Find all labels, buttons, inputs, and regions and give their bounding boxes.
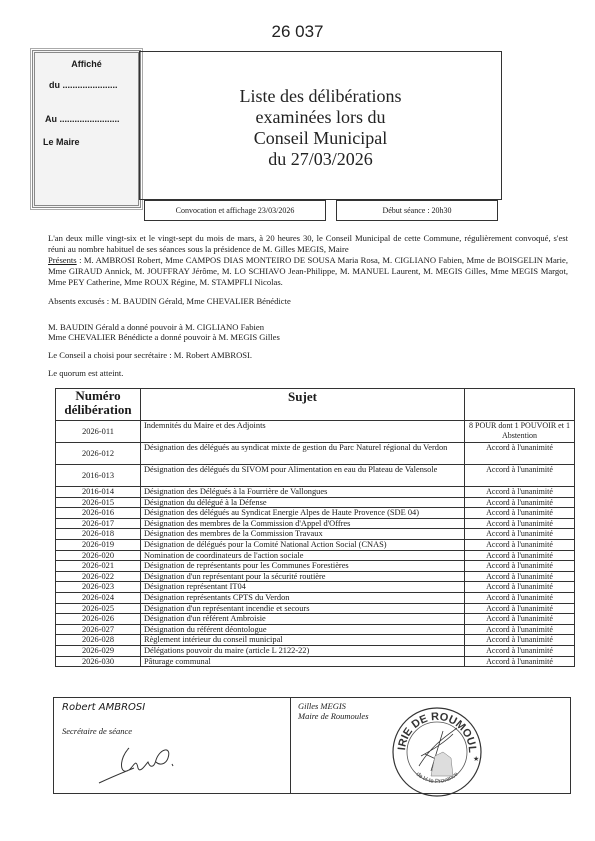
row-result: Accord à l'unanimité: [465, 539, 575, 550]
table-row: 2016-013Désignation des délégués du SIVO…: [56, 465, 575, 487]
row-number: 2026-027: [56, 624, 141, 635]
title-box: Liste des délibérations examinées lors d…: [139, 51, 502, 200]
table-row: 2026-029Délégations pouvoir du maire (ar…: [56, 645, 575, 656]
row-number: 2026-029: [56, 645, 141, 656]
title-line-3: Conseil Municipal: [140, 128, 501, 149]
row-subject: Désignation représentants CPTS du Verdon: [141, 592, 465, 603]
header-sujet: Sujet: [141, 389, 465, 421]
table-row: 2026-012Désignation des délégués au synd…: [56, 443, 575, 465]
secretary-handwritten-name: Robert AMBROSI: [62, 702, 145, 713]
row-number: 2026-025: [56, 603, 141, 614]
table-row: 2026-026Désignation d'un référent Ambroi…: [56, 614, 575, 625]
table-row: 2026-018Désignation des membres de la Co…: [56, 529, 575, 540]
table-row: 2026-019Désignation de délégués pour la …: [56, 539, 575, 550]
row-number: 2026-022: [56, 571, 141, 582]
mayor-role: Maire de Roumoules: [298, 711, 369, 721]
row-result: Accord à l'unanimité: [465, 508, 575, 519]
header-result: [465, 389, 575, 421]
row-subject: Désignation de délégués pour la Comité N…: [141, 539, 465, 550]
row-result: Accord à l'unanimité: [465, 603, 575, 614]
title-line-4: du 27/03/2026: [140, 149, 501, 170]
row-subject: Désignation des membres de la Commission…: [141, 518, 465, 529]
row-result: Accord à l'unanimité: [465, 550, 575, 561]
mayor-name: Gilles MEGIS: [298, 701, 346, 711]
intro-presents: Présents : M. AMBROSI Robert, Mme CAMPOS…: [48, 255, 568, 288]
row-result: Accord à l'unanimité: [465, 592, 575, 603]
quorum-line: Le quorum est atteint.: [48, 368, 123, 379]
row-number: 2026-026: [56, 614, 141, 625]
row-result: Accord à l'unanimité: [465, 487, 575, 498]
row-subject: Désignation représentant IT04: [141, 582, 465, 593]
row-result: Accord à l'unanimité: [465, 571, 575, 582]
presents-list: : M. AMBROSI Robert, Mme CAMPOS DIAS MON…: [48, 255, 568, 287]
row-subject: Désignation de représentants pour les Co…: [141, 561, 465, 572]
row-number: 2026-023: [56, 582, 141, 593]
table-header-row: Numéro délibération Sujet: [56, 389, 575, 421]
row-result: Accord à l'unanimité: [465, 561, 575, 572]
row-subject: Désignation des délégués au syndicat mix…: [141, 443, 465, 465]
affiche-maire: Le Maire: [43, 137, 80, 147]
table-row: 2026-020Nomination de coordinateurs de l…: [56, 550, 575, 561]
row-result: Accord à l'unanimité: [465, 465, 575, 487]
row-result: Accord à l'unanimité: [465, 645, 575, 656]
row-number: 2026-018: [56, 529, 141, 540]
convocation-box: Convocation et affichage 23/03/2026: [144, 200, 326, 221]
presents-label: Présents: [48, 255, 77, 265]
row-result: Accord à l'unanimité: [465, 582, 575, 593]
row-result: Accord à l'unanimité: [465, 497, 575, 508]
row-result: Accord à l'unanimité: [465, 656, 575, 667]
secretary-signature-icon: [94, 728, 194, 788]
affiche-title: Affiché: [35, 59, 138, 69]
debut-seance-box: Début séance : 20h30: [336, 200, 498, 221]
row-number: 2026-028: [56, 635, 141, 646]
document-number: 26 037: [0, 22, 595, 42]
row-subject: Désignation du délégué à la Défense: [141, 497, 465, 508]
row-result: Accord à l'unanimité: [465, 518, 575, 529]
header-numero: Numéro délibération: [56, 389, 141, 421]
table-row: 2026-016Désignation des délégués au Synd…: [56, 508, 575, 519]
intro-opening: L'an deux mille vingt-six et le vingt-se…: [48, 233, 568, 255]
row-result: Accord à l'unanimité: [465, 624, 575, 635]
title-line-1: Liste des délibérations: [140, 86, 501, 107]
affiche-box: Affiché du ...................... Au ...…: [32, 50, 141, 208]
pouvoir-line-2: Mme CHEVALIER Bénédicte a donné pouvoir …: [48, 332, 280, 343]
row-subject: Désignation d'un représentant pour la sé…: [141, 571, 465, 582]
row-result: Accord à l'unanimité: [465, 529, 575, 540]
secretaire-line: Le Conseil a choisi pour secrétaire : M.…: [48, 350, 252, 361]
row-subject: Désignation d'un référent Ambroisie: [141, 614, 465, 625]
row-subject: Règlement intérieur du conseil municipal: [141, 635, 465, 646]
row-subject: Désignation d'un représentant incendie e…: [141, 603, 465, 614]
table-row: 2026-025Désignation d'un représentant in…: [56, 603, 575, 614]
table-row: 2026-027Désignation du référent déontolo…: [56, 624, 575, 635]
row-subject: Désignation des délégués du SIVOM pour A…: [141, 465, 465, 487]
row-subject: Désignation du référent déontologue: [141, 624, 465, 635]
table-row: 2026-030Pâturage communalAccord à l'unan…: [56, 656, 575, 667]
deliberations-table: Numéro délibération Sujet 2026-011Indemn…: [55, 388, 575, 667]
row-result: Accord à l'unanimité: [465, 443, 575, 465]
row-subject: Délégations pouvoir du maire (article L …: [141, 645, 465, 656]
title-line-2: examinées lors du: [140, 107, 501, 128]
secretary-signature-panel: Robert AMBROSI Secrétaire de séance: [54, 698, 291, 793]
intro-text: L'an deux mille vingt-six et le vingt-se…: [48, 233, 568, 288]
mairie-stamp-icon: MAIRIE DE ROUMOULES de H-te Provence ★: [391, 706, 483, 798]
svg-text:★: ★: [473, 755, 479, 763]
table-row: 2026-024Désignation représentants CPTS d…: [56, 592, 575, 603]
row-subject: Désignation des Délégués à la Fourrière …: [141, 487, 465, 498]
row-number: 2026-020: [56, 550, 141, 561]
table-row: 2026-022Désignation d'un représentant po…: [56, 571, 575, 582]
row-number: 2026-021: [56, 561, 141, 572]
table-row: 2026-011Indemnités du Maire et des Adjoi…: [56, 421, 575, 443]
row-subject: Indemnités du Maire et des Adjoints: [141, 421, 465, 443]
row-number: 2026-017: [56, 518, 141, 529]
affiche-du: du ......................: [49, 80, 118, 90]
row-number: 2026-011: [56, 421, 141, 443]
mayor-signature-panel: Gilles MEGIS Maire de Roumoules MAIRIE D…: [291, 698, 570, 793]
row-result: 8 POUR dont 1 POUVOIR et 1 Abstention: [465, 421, 575, 443]
absents-line: Absents excusés : M. BAUDIN Gérald, Mme …: [48, 296, 291, 307]
row-number: 2026-024: [56, 592, 141, 603]
table-row: 2016-014Désignation des Délégués à la Fo…: [56, 487, 575, 498]
row-number: 2026-030: [56, 656, 141, 667]
row-number: 2026-015: [56, 497, 141, 508]
row-number: 2016-014: [56, 487, 141, 498]
table-row: 2026-017Désignation des membres de la Co…: [56, 518, 575, 529]
affiche-au: Au ........................: [45, 114, 120, 124]
row-subject: Nomination de coordinateurs de l'action …: [141, 550, 465, 561]
row-subject: Désignation des délégués au Syndicat Ene…: [141, 508, 465, 519]
row-result: Accord à l'unanimité: [465, 635, 575, 646]
row-subject: Désignation des membres de la Commission…: [141, 529, 465, 540]
row-result: Accord à l'unanimité: [465, 614, 575, 625]
row-subject: Pâturage communal: [141, 656, 465, 667]
table-row: 2026-023Désignation représentant IT04Acc…: [56, 582, 575, 593]
table-row: 2026-028Règlement intérieur du conseil m…: [56, 635, 575, 646]
table-row: 2026-015Désignation du délégué à la Défe…: [56, 497, 575, 508]
row-number: 2026-016: [56, 508, 141, 519]
row-number: 2026-012: [56, 443, 141, 465]
table-row: 2026-021Désignation de représentants pou…: [56, 561, 575, 572]
row-number: 2016-013: [56, 465, 141, 487]
row-number: 2026-019: [56, 539, 141, 550]
page-title: Liste des délibérations examinées lors d…: [140, 86, 501, 170]
signature-box: Robert AMBROSI Secrétaire de séance Gill…: [53, 697, 571, 794]
